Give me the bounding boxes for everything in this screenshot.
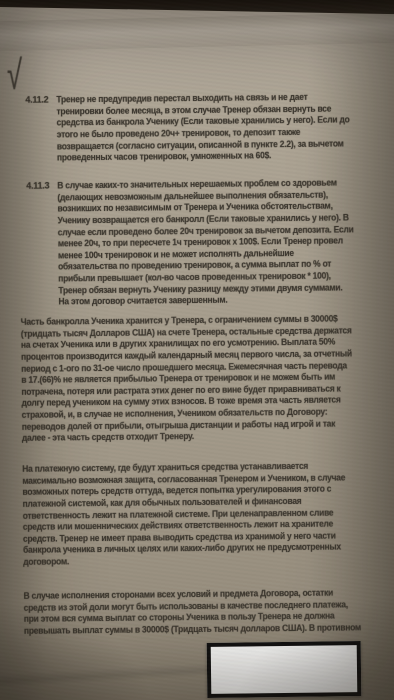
paragraph-final-payment: В случае исполнения сторонами всех услов…: [24, 587, 383, 637]
text-line: договором.: [23, 554, 346, 569]
checkmark-icon: √: [7, 68, 22, 82]
section-number: 4.11.3: [26, 181, 49, 193]
paragraph-payment-system: На платежную систему, где будут хранитьс…: [22, 460, 367, 568]
document-text-layer: √ 4.11.2 Тренер не предупредив перестал …: [0, 0, 394, 700]
section-4-11-2: 4.11.2 Тренер не предупредив перестал вы…: [56, 91, 368, 164]
document-photo: √ 4.11.2 Тренер не предупредив перестал …: [0, 0, 394, 700]
redaction-box: [207, 641, 362, 698]
section-4-11-3: 4.11.3 В случае каких-то значительных не…: [57, 177, 373, 308]
text-line: проведенных часов тренировок, умноженных…: [57, 150, 350, 165]
section-text: Тренер не предупредив перестал выходить …: [56, 91, 368, 164]
section-number: 4.11.2: [25, 95, 48, 107]
text-line: превышать выплат суммы в 30000$ (Тридцат…: [24, 622, 361, 637]
text-line: На этом договор считается завершенным.: [58, 294, 354, 309]
text-line: далее - эта часть средств отходит Тренер…: [22, 430, 353, 445]
section-text: В случае каких-то значительных нерешаемы…: [57, 177, 373, 308]
paragraph-bankroll-storage: Часть банкролла Ученика хранится у Трене…: [21, 313, 374, 445]
